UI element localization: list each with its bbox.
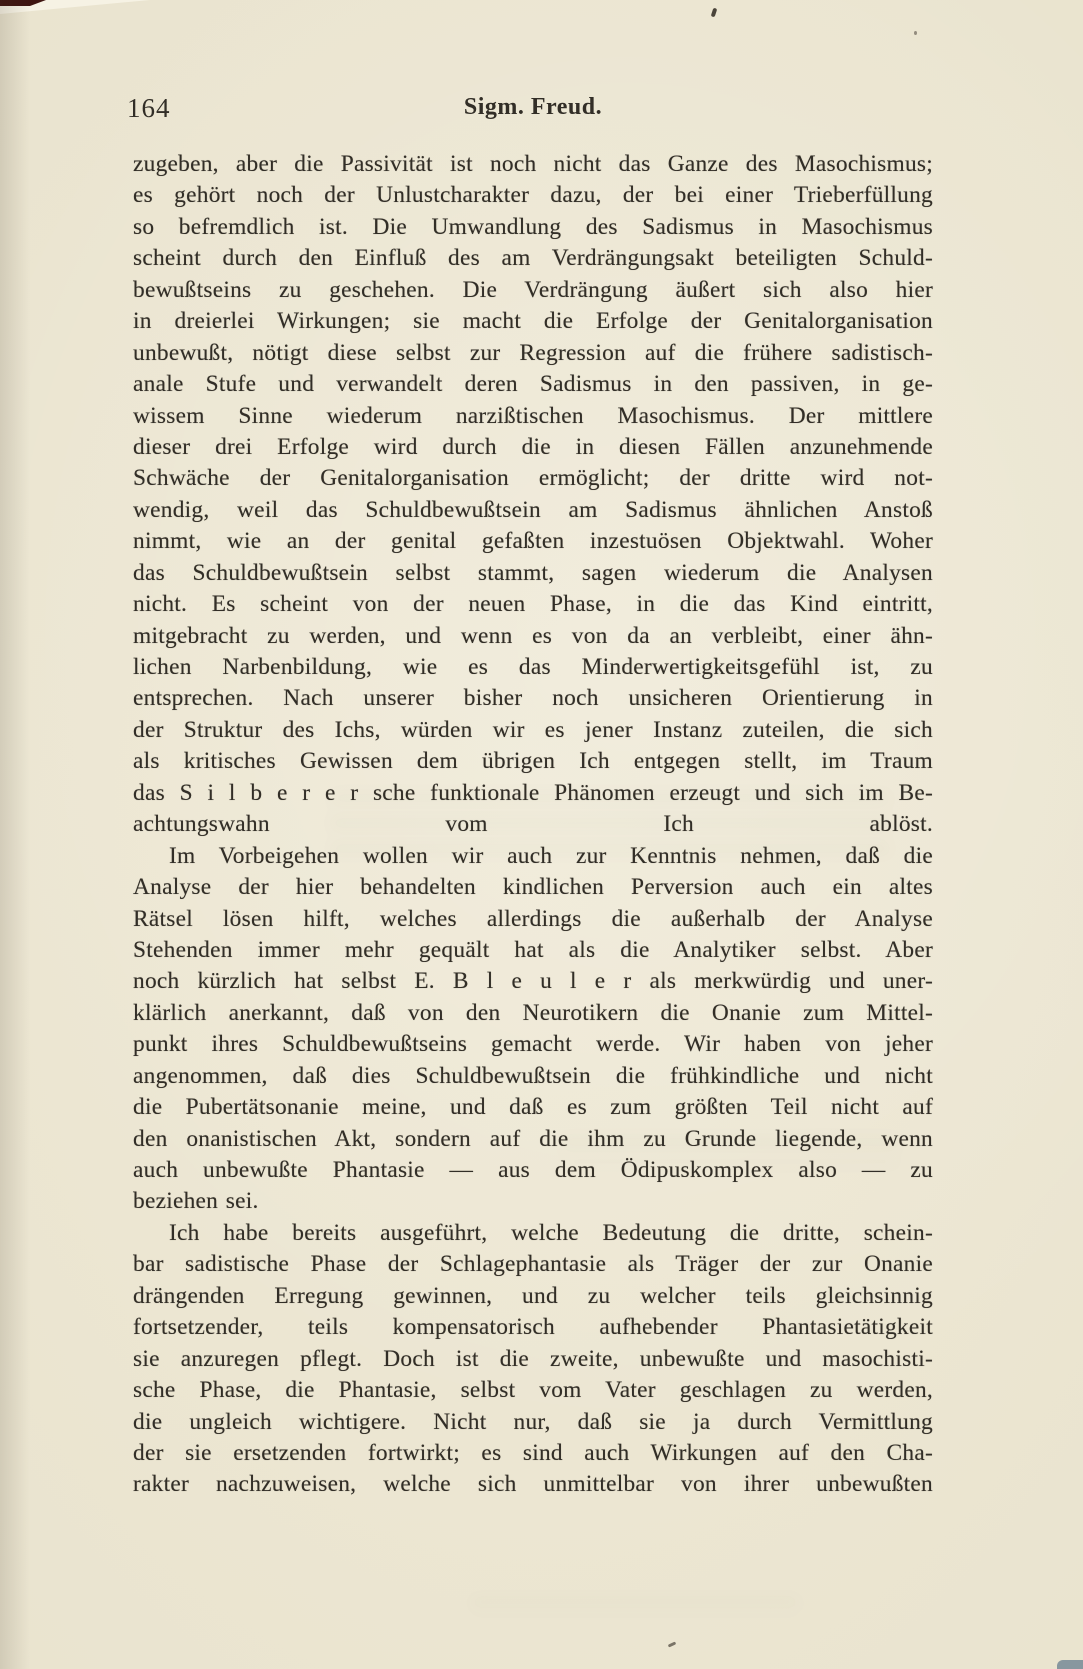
text-line: Analyse der hier behandelten kindlichen … (133, 872, 933, 903)
text-line: nimmt, wie an der genital gefaßten inzes… (133, 526, 933, 557)
text-line: beziehen sei. (133, 1186, 933, 1217)
text-line: das Schuldbewußtsein selbst stammt, sage… (133, 558, 933, 589)
text-line: punkt ihres Schuldbewußtseins gemacht we… (133, 1029, 933, 1060)
text-line: noch kürzlich hat selbst E. B l e u l e … (133, 966, 933, 997)
text-line: der sie ersetzenden fortwirkt; es sind a… (133, 1438, 933, 1469)
running-head: Sigm. Freud. (133, 94, 933, 121)
text-line: sie anzuregen pflegt. Doch ist die zweit… (133, 1344, 933, 1375)
text-line: die Pubertätsonanie meine, und daß es zu… (133, 1092, 933, 1123)
text-line: den onanistischen Akt, sondern auf die i… (133, 1124, 933, 1155)
dust-speck (914, 31, 917, 35)
text-line: scheint durch den Einfluß des am Verdrän… (133, 243, 933, 274)
text-line: drängenden Erregung gewinnen, und zu wel… (133, 1281, 933, 1312)
text-line: als kritisches Gewissen dem übrigen Ich … (133, 746, 933, 777)
text-line: klärlich anerkannt, daß von den Neurotik… (133, 998, 933, 1029)
text-line: achtungswahn vom Ich ablöst. (133, 809, 933, 840)
dust-speck (668, 1641, 677, 1647)
text-line: Schwäche der Genitalorganisation ermögli… (133, 463, 933, 494)
text-line: dieser drei Erfolge wird durch die in di… (133, 432, 933, 463)
text-line: lichen Narbenbildung, wie es das Minderw… (133, 652, 933, 683)
text-line: nicht. Es scheint von der neuen Phase, i… (133, 589, 933, 620)
text-line: auch unbewußte Phantasie — aus dem Ödipu… (133, 1155, 933, 1186)
scan-left-shadow (0, 0, 30, 1669)
scan-corner-mark-bottom-right (1057, 1660, 1083, 1669)
text-line: unbewußt, nötigt diese selbst zur Regres… (133, 338, 933, 369)
text-line: anale Stufe und verwandelt deren Sadismu… (133, 369, 933, 400)
show-through-smudge (470, 1596, 800, 1622)
text-line: wendig, weil das Schuldbewußtsein am Sad… (133, 495, 933, 526)
text-line: Stehenden immer mehr gequält hat als die… (133, 935, 933, 966)
scanned-page: 164 Sigm. Freud. zugeben, aber die Passi… (0, 0, 1083, 1669)
text-line: Ich habe bereits ausgeführt, welche Bede… (133, 1218, 933, 1249)
text-line: entsprechen. Nach unserer bisher noch un… (133, 683, 933, 714)
page-header: 164 Sigm. Freud. (133, 93, 933, 123)
text-line: Rätsel lösen hilft, welches allerdings d… (133, 904, 933, 935)
text-line: fortsetzender, teils kompensatorisch auf… (133, 1312, 933, 1343)
text-line: in dreierlei Wirkungen; sie macht die Er… (133, 306, 933, 337)
text-line: so befremdlich ist. Die Umwandlung des S… (133, 212, 933, 243)
text-block: zugeben, aber die Passivität ist noch ni… (133, 149, 933, 1501)
text-line: Im Vorbeigehen wollen wir auch zur Kennt… (133, 841, 933, 872)
dust-speck (711, 8, 718, 18)
text-line: bar sadistische Phase der Schlagephantas… (133, 1249, 933, 1280)
text-line: wissem Sinne wiederum narzißtischen Maso… (133, 401, 933, 432)
text-line: die ungleich wichtigere. Nicht nur, daß … (133, 1407, 933, 1438)
text-line: rakter nachzuweisen, welche sich unmitte… (133, 1469, 933, 1500)
text-line: der Struktur des Ichs, würden wir es jen… (133, 715, 933, 746)
text-line: das S i l b e r e r sche funktionale Phä… (133, 778, 933, 809)
text-line: sche Phase, die Phantasie, selbst vom Va… (133, 1375, 933, 1406)
text-line: bewußtseins zu geschehen. Die Verdrängun… (133, 275, 933, 306)
text-line: angenommen, daß dies Schuldbewußtsein di… (133, 1061, 933, 1092)
text-line: es gehört noch der Unlustcharakter dazu,… (133, 180, 933, 211)
text-line: zugeben, aber die Passivität ist noch ni… (133, 149, 933, 180)
text-line: mitgebracht zu werden, und wenn es von d… (133, 621, 933, 652)
